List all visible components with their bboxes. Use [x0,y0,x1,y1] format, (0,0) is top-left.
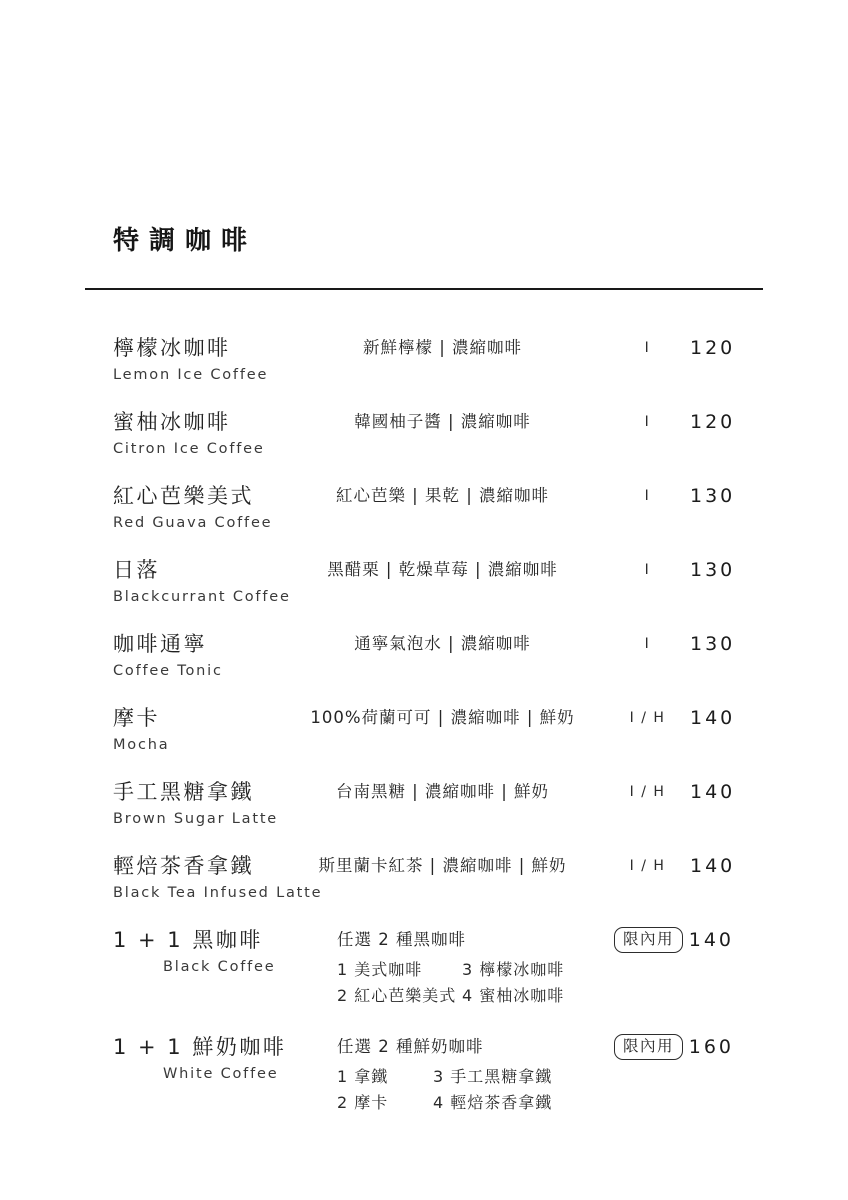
combo-option: 2 紅心芭樂美式 [337,986,462,1005]
combo-option: 4 蜜柚冰咖啡 [462,986,564,1005]
combo-name-en: Black Coffee [163,959,337,975]
combo-item-row: 1 + 1 鮮奶咖啡 White Coffee 任選 2 種鮮奶咖啡 1 拿鐵 … [113,1034,731,1112]
item-name-zh: 咖啡通寧 [113,631,280,657]
item-description: 台南黑糖 | 濃縮咖啡 | 鮮奶 [280,779,605,805]
combo-price-cell: 限內用 140 [614,927,731,953]
combo-heading: 任選 2 種鮮奶咖啡 [337,1034,614,1060]
item-serve-type: I [605,631,690,657]
item-name-en: Black Tea Infused Latte [113,885,280,901]
combo-option-row: 2 紅心芭樂美式 4 蜜柚冰咖啡 [337,986,614,1005]
combo-name-cell: 1 + 1 鮮奶咖啡 White Coffee [113,1034,337,1082]
item-serve-type: I / H [605,705,690,731]
item-description: 新鮮檸檬 | 濃縮咖啡 [280,335,605,361]
item-description: 斯里蘭卡紅茶 | 濃縮咖啡 | 鮮奶 [280,853,605,879]
combo-option: 4 輕焙茶香拿鐵 [433,1093,552,1112]
item-name-zh: 日落 [113,557,280,583]
item-serve-type: I [605,335,690,361]
menu-item-row: 日落 Blackcurrant Coffee 黑醋栗 | 乾燥草莓 | 濃縮咖啡… [113,557,731,605]
combo-name-en: White Coffee [163,1066,337,1082]
item-name-en: Lemon Ice Coffee [113,367,280,383]
item-name-cell: 紅心芭樂美式 Red Guava Coffee [113,483,280,531]
combo-option-row: 2 摩卡 4 輕焙茶香拿鐵 [337,1093,614,1112]
item-name-zh: 蜜柚冰咖啡 [113,409,280,435]
menu-item-row: 蜜柚冰咖啡 Citron Ice Coffee 韓國柚子醬 | 濃縮咖啡 I 1… [113,409,731,457]
menu-item-row: 檸檬冰咖啡 Lemon Ice Coffee 新鮮檸檬 | 濃縮咖啡 I 120 [113,335,731,383]
menu-item-row: 咖啡通寧 Coffee Tonic 通寧氣泡水 | 濃縮咖啡 I 130 [113,631,731,679]
item-name-cell: 咖啡通寧 Coffee Tonic [113,631,280,679]
combo-heading: 任選 2 種黑咖啡 [337,927,614,953]
combo-option: 1 美式咖啡 [337,960,462,979]
combo-price-cell: 限內用 160 [614,1034,731,1060]
item-name-cell: 輕焙茶香拿鐵 Black Tea Infused Latte [113,853,280,901]
item-name-zh: 輕焙茶香拿鐵 [113,853,280,879]
combo-detail-cell: 任選 2 種黑咖啡 1 美式咖啡 3 檸檬冰咖啡 2 紅心芭樂美式 4 蜜柚冰咖… [337,927,614,1005]
item-name-cell: 手工黑糖拿鐵 Brown Sugar Latte [113,779,280,827]
menu-item-row: 輕焙茶香拿鐵 Black Tea Infused Latte 斯里蘭卡紅茶 | … [113,853,731,901]
item-name-en: Brown Sugar Latte [113,811,280,827]
section-divider [85,288,763,290]
item-name-cell: 蜜柚冰咖啡 Citron Ice Coffee [113,409,280,457]
item-price: 140 [690,853,735,879]
combo-name-zh: 1 + 1 鮮奶咖啡 [113,1034,337,1060]
item-price: 140 [690,705,735,731]
item-description: 黑醋栗 | 乾燥草莓 | 濃縮咖啡 [280,557,605,583]
item-name-zh: 手工黑糖拿鐵 [113,779,280,805]
item-description: 100%荷蘭可可 | 濃縮咖啡 | 鮮奶 [280,705,605,731]
item-price: 130 [690,631,735,657]
menu-list: 檸檬冰咖啡 Lemon Ice Coffee 新鮮檸檬 | 濃縮咖啡 I 120… [113,335,731,1112]
item-description: 韓國柚子醬 | 濃縮咖啡 [280,409,605,435]
combo-option-row: 1 拿鐵 3 手工黑糖拿鐵 [337,1067,614,1086]
combo-name-cell: 1 + 1 黑咖啡 Black Coffee [113,927,337,975]
combo-option: 1 拿鐵 [337,1067,433,1086]
item-price: 120 [690,335,735,361]
item-name-en: Blackcurrant Coffee [113,589,280,605]
dine-in-only-badge: 限內用 [614,1034,683,1060]
combo-price: 140 [689,927,734,953]
combo-detail-cell: 任選 2 種鮮奶咖啡 1 拿鐵 3 手工黑糖拿鐵 2 摩卡 4 輕焙茶香拿鐵 [337,1034,614,1112]
item-serve-type: I [605,483,690,509]
item-name-cell: 摩卡 Mocha [113,705,280,753]
item-name-cell: 日落 Blackcurrant Coffee [113,557,280,605]
item-price: 130 [690,557,735,583]
item-name-zh: 檸檬冰咖啡 [113,335,280,361]
item-description: 通寧氣泡水 | 濃縮咖啡 [280,631,605,657]
item-price: 120 [690,409,735,435]
item-price: 140 [690,779,735,805]
menu-item-row: 摩卡 Mocha 100%荷蘭可可 | 濃縮咖啡 | 鮮奶 I / H 140 [113,705,731,753]
combo-name-zh: 1 + 1 黑咖啡 [113,927,337,953]
menu-item-row: 紅心芭樂美式 Red Guava Coffee 紅心芭樂 | 果乾 | 濃縮咖啡… [113,483,731,531]
item-description: 紅心芭樂 | 果乾 | 濃縮咖啡 [280,483,605,509]
dine-in-only-badge: 限內用 [614,927,683,953]
combo-option: 3 檸檬冰咖啡 [462,960,564,979]
combo-item-row: 1 + 1 黑咖啡 Black Coffee 任選 2 種黑咖啡 1 美式咖啡 … [113,927,731,1005]
item-name-en: Red Guava Coffee [113,515,280,531]
item-name-en: Citron Ice Coffee [113,441,280,457]
menu-page: 特調咖啡 檸檬冰咖啡 Lemon Ice Coffee 新鮮檸檬 | 濃縮咖啡 … [0,0,848,1200]
menu-item-row: 手工黑糖拿鐵 Brown Sugar Latte 台南黑糖 | 濃縮咖啡 | 鮮… [113,779,731,827]
item-name-zh: 紅心芭樂美式 [113,483,280,509]
item-name-zh: 摩卡 [113,705,280,731]
combo-price: 160 [689,1034,734,1060]
combo-option-row: 1 美式咖啡 3 檸檬冰咖啡 [337,960,614,979]
item-serve-type: I / H [605,779,690,805]
page-title: 特調咖啡 [113,228,731,254]
item-serve-type: I / H [605,853,690,879]
item-name-en: Mocha [113,737,280,753]
combo-option: 3 手工黑糖拿鐵 [433,1067,552,1086]
item-serve-type: I [605,557,690,583]
item-price: 130 [690,483,735,509]
item-name-cell: 檸檬冰咖啡 Lemon Ice Coffee [113,335,280,383]
combo-option: 2 摩卡 [337,1093,433,1112]
item-serve-type: I [605,409,690,435]
item-name-en: Coffee Tonic [113,663,280,679]
